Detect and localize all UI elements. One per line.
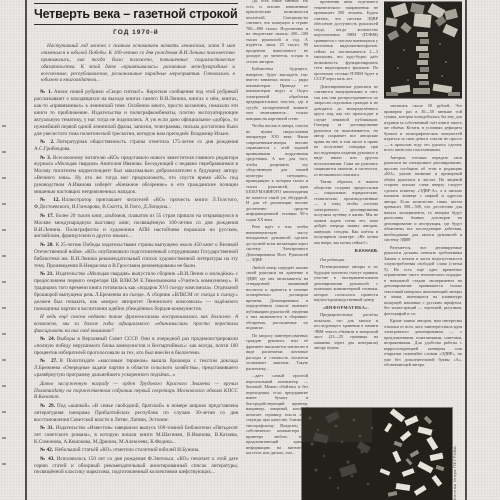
paragraph: Любой автор передаёт копию своей рукопис…: [246, 265, 308, 331]
paragraph: Кроме заявок авторов, нам интересны откл…: [384, 318, 462, 368]
item-number: № 2.: [40, 139, 56, 145]
paragraph: № 3.Всесоюзному читателю «КО» представил…: [34, 155, 238, 196]
item-number: № 21.: [40, 271, 56, 277]
paragraph-text: Наступивший год можно с полным основание…: [41, 43, 235, 84]
item-number: № 17.: [40, 213, 56, 219]
paragraph: № 43.Исполнилось 150 лет со дня рождения…: [34, 456, 238, 477]
section-heading: ГОД 1970-й: [34, 30, 238, 37]
paragraph-text: Депонированные рукописи не считаются вып…: [314, 84, 378, 177]
item-number: № 29.: [40, 403, 57, 409]
paragraph: Речь идёт о том, чтобы некоммерческую ма…: [246, 224, 308, 263]
headline-rule-bottom: [34, 24, 238, 25]
paragraph: И ведь ещё совсем недавно такие фразеоло…: [34, 314, 238, 335]
item-number: № 3.: [40, 155, 53, 161]
paragraph-text: Речь идёт о том, чтобы некоммерческую ма…: [246, 224, 308, 262]
paragraph: Наступивший год можно с полным основание…: [34, 43, 238, 84]
paragraph-text: К 25-летию Победы издательствами страны …: [34, 242, 238, 269]
paragraph: № 17.Более 20 тысяч книг, альбомов, плак…: [34, 213, 238, 241]
paragraph-text: ...дает самый простой персональный компь…: [246, 373, 308, 455]
paragraph-text: Издательство «Известия» завершило выпуск…: [34, 425, 238, 445]
paragraph: № 42.Небольшой статьёй «КО» отметило сто…: [34, 447, 238, 454]
paragraph-text: Иллюстратор приглашает читателей «КО» пр…: [34, 197, 238, 210]
paragraph: № 27.В Политиздате «массовым тиражом» вы…: [34, 358, 238, 379]
paragraph: Библиотека будущего, наверное, будет выг…: [246, 66, 308, 121]
paragraph-text: В.КАНАЕВ.: [355, 248, 378, 253]
page-edge-tick-marks: [2, 125, 6, 465]
item-number: № 27.: [40, 358, 59, 364]
paragraph: Депонированные рукописи не считаются вып…: [314, 84, 378, 178]
paragraph: № 2.Литературная общественность страны о…: [34, 139, 238, 153]
column-two: Да, есть такое мнение. Но есть и вполне …: [246, 0, 308, 500]
item-number: № 20.: [40, 242, 56, 248]
paragraph-text: Всесоюзному читателю «КО» представило но…: [34, 155, 238, 196]
item-number: № 24.: [40, 336, 57, 342]
paragraph-text: Авторов, готовых передать свои рукописи …: [384, 155, 462, 243]
newspaper-page-scan: Четверть века – газетной строкой ГОД 197…: [0, 0, 500, 500]
paragraph-text: Небольшой статьёй «КО» отметило столетни…: [55, 447, 200, 453]
paragraph: Предварительные расчёты показали, что дл…: [314, 312, 378, 351]
item-number: № 43.: [40, 456, 57, 462]
paragraph: № 12.Иллюстратор приглашает читателей «К…: [34, 197, 238, 211]
paragraph-text: прочтения книг отдельного тематического …: [314, 0, 378, 81]
paragraph-text: Таким образом, в нашем обществе созданы …: [314, 179, 378, 245]
paragraph-text: От редакции.: [320, 257, 345, 262]
paragraph: № 31.Издательство «Известия» завершило в…: [34, 425, 238, 446]
paragraph: Да, есть такое мнение. Но есть и вполне …: [246, 0, 308, 64]
paragraph: Потенциальные авторы и их будущие читате…: [314, 264, 378, 303]
paragraph: № 24.Выборы в Верховный Совет СССР. Они …: [34, 336, 238, 357]
paragraph-text: В Политиздате «массовым тиражом» вышла б…: [34, 358, 238, 378]
paragraph-text: Под «шапкой» «В семье свободной, братско…: [34, 403, 238, 423]
paragraph: Таким образом, в нашем обществе созданы …: [314, 179, 378, 245]
left-column-rule: [25, 0, 27, 500]
paragraph-text: Более 20 тысяч книг, альбомов, плакатов …: [34, 213, 238, 240]
paragraph-list-col3: прочтения книг отдельного тематического …: [314, 0, 378, 351]
column-retrospective: Четверть века – газетной строкой ГОД 197…: [34, 3, 238, 500]
paragraph-text: По запросу заинтересованных граждан руко…: [246, 333, 308, 371]
paragraph-list-col2: Да, есть такое мнение. Но есть и вполне …: [246, 0, 308, 456]
paragraph-text: Выборы в Верховный Совет СССР. Они в оче…: [34, 336, 238, 356]
paragraph-text: Чтобы писать в завтра, совсем не нужна с…: [246, 123, 308, 222]
paragraph-text: заплатить около 50 рублей. Это примерно …: [384, 103, 462, 152]
headline-rule-top: [34, 3, 238, 4]
paragraph: № 29.Под «шапкой» «В семье свободной, бр…: [34, 403, 238, 424]
item-number: № 31.: [40, 425, 56, 431]
paragraph-text: «ИНФОРМАТИКА».: [323, 305, 370, 310]
paragraph-text: Библиотека будущего, наверное, будет выг…: [246, 66, 308, 121]
paragraph: № 1.Анонс новой рубрики «Скоро сигнал!».…: [34, 89, 238, 137]
paragraph-text: Анонс новой рубрики «Скоро сигнал!». Кор…: [34, 89, 238, 136]
paragraph: № 21.Издательство «Молодая гвардия» выпу…: [34, 271, 238, 312]
paragraph-list-col1: Наступивший год можно с полным основание…: [34, 43, 238, 476]
column-four: заплатить около 50 рублей. Это примерно …: [384, 0, 462, 404]
paragraph-text: Исполнилось 150 лет со дня рождения Ф.Эн…: [34, 456, 238, 476]
boot-collage-image: [302, 408, 452, 500]
article-title: Четверть века – газетной строкой: [34, 7, 238, 22]
paragraph: прочтения книг отдельного тематического …: [314, 0, 378, 82]
paragraph: От редакции.: [314, 257, 378, 263]
paragraph-text: Издательство «Молодая гвардия» выпустило…: [34, 271, 238, 312]
paragraph: Чтобы писать в завтра, совсем не нужна с…: [246, 123, 308, 222]
paragraph-text: Кроме заявок авторов, нам интересны откл…: [384, 318, 462, 367]
paragraph: Разумеется, все депонируемые рукописи до…: [384, 245, 462, 317]
paragraph: Авторов, готовых передать свои рукописи …: [384, 155, 462, 243]
paragraph-text: Литературная общественность страны отмет…: [34, 139, 238, 152]
paragraph-text: Разумеется, все депонируемые рукописи до…: [384, 245, 462, 316]
paragraph-text: Предварительные расчёты показали, что дл…: [314, 312, 378, 350]
paragraph-list-col4: заплатить около 50 рублей. Это примерно …: [384, 103, 462, 368]
boot-collage-photo: [302, 408, 452, 500]
photo-caption: Коллаж Игоря ПЕТРОВА.: [452, 408, 463, 500]
item-number: № 1.: [40, 89, 54, 95]
right-column-rule: [465, 0, 467, 500]
column-three: прочтения книг отдельного тематического …: [314, 0, 378, 406]
item-number: № 42.: [40, 447, 55, 453]
paragraph-text: Потенциальные авторы и их будущие читате…: [314, 264, 378, 302]
paragraph: Давно заслуженную награду — орден Трудов…: [34, 381, 238, 402]
paragraph-text: И ведь ещё совсем недавно такие фразеоло…: [34, 314, 238, 334]
paragraph: заплатить около 50 рублей. Это примерно …: [384, 103, 462, 153]
paragraph-text: Любой автор передаёт копию своей рукопис…: [246, 265, 308, 331]
tree-collage-photo: [384, 2, 462, 98]
paragraph: По запросу заинтересованных граждан руко…: [246, 333, 308, 372]
item-number: № 12.: [40, 197, 62, 203]
tree-collage-image: [384, 2, 462, 98]
paragraph: № 20.К 25-летию Победы издательствами ст…: [34, 242, 238, 270]
paragraph: ...дает самый простой персональный компь…: [246, 373, 308, 456]
paragraph: «ИНФОРМАТИКА».: [314, 305, 378, 311]
paragraph: В.КАНАЕВ.: [314, 248, 378, 254]
paragraph-text: Давно заслуженную награду — орден Трудов…: [34, 381, 238, 401]
paragraph-text: Да, есть такое мнение. Но есть и вполне …: [246, 0, 308, 64]
